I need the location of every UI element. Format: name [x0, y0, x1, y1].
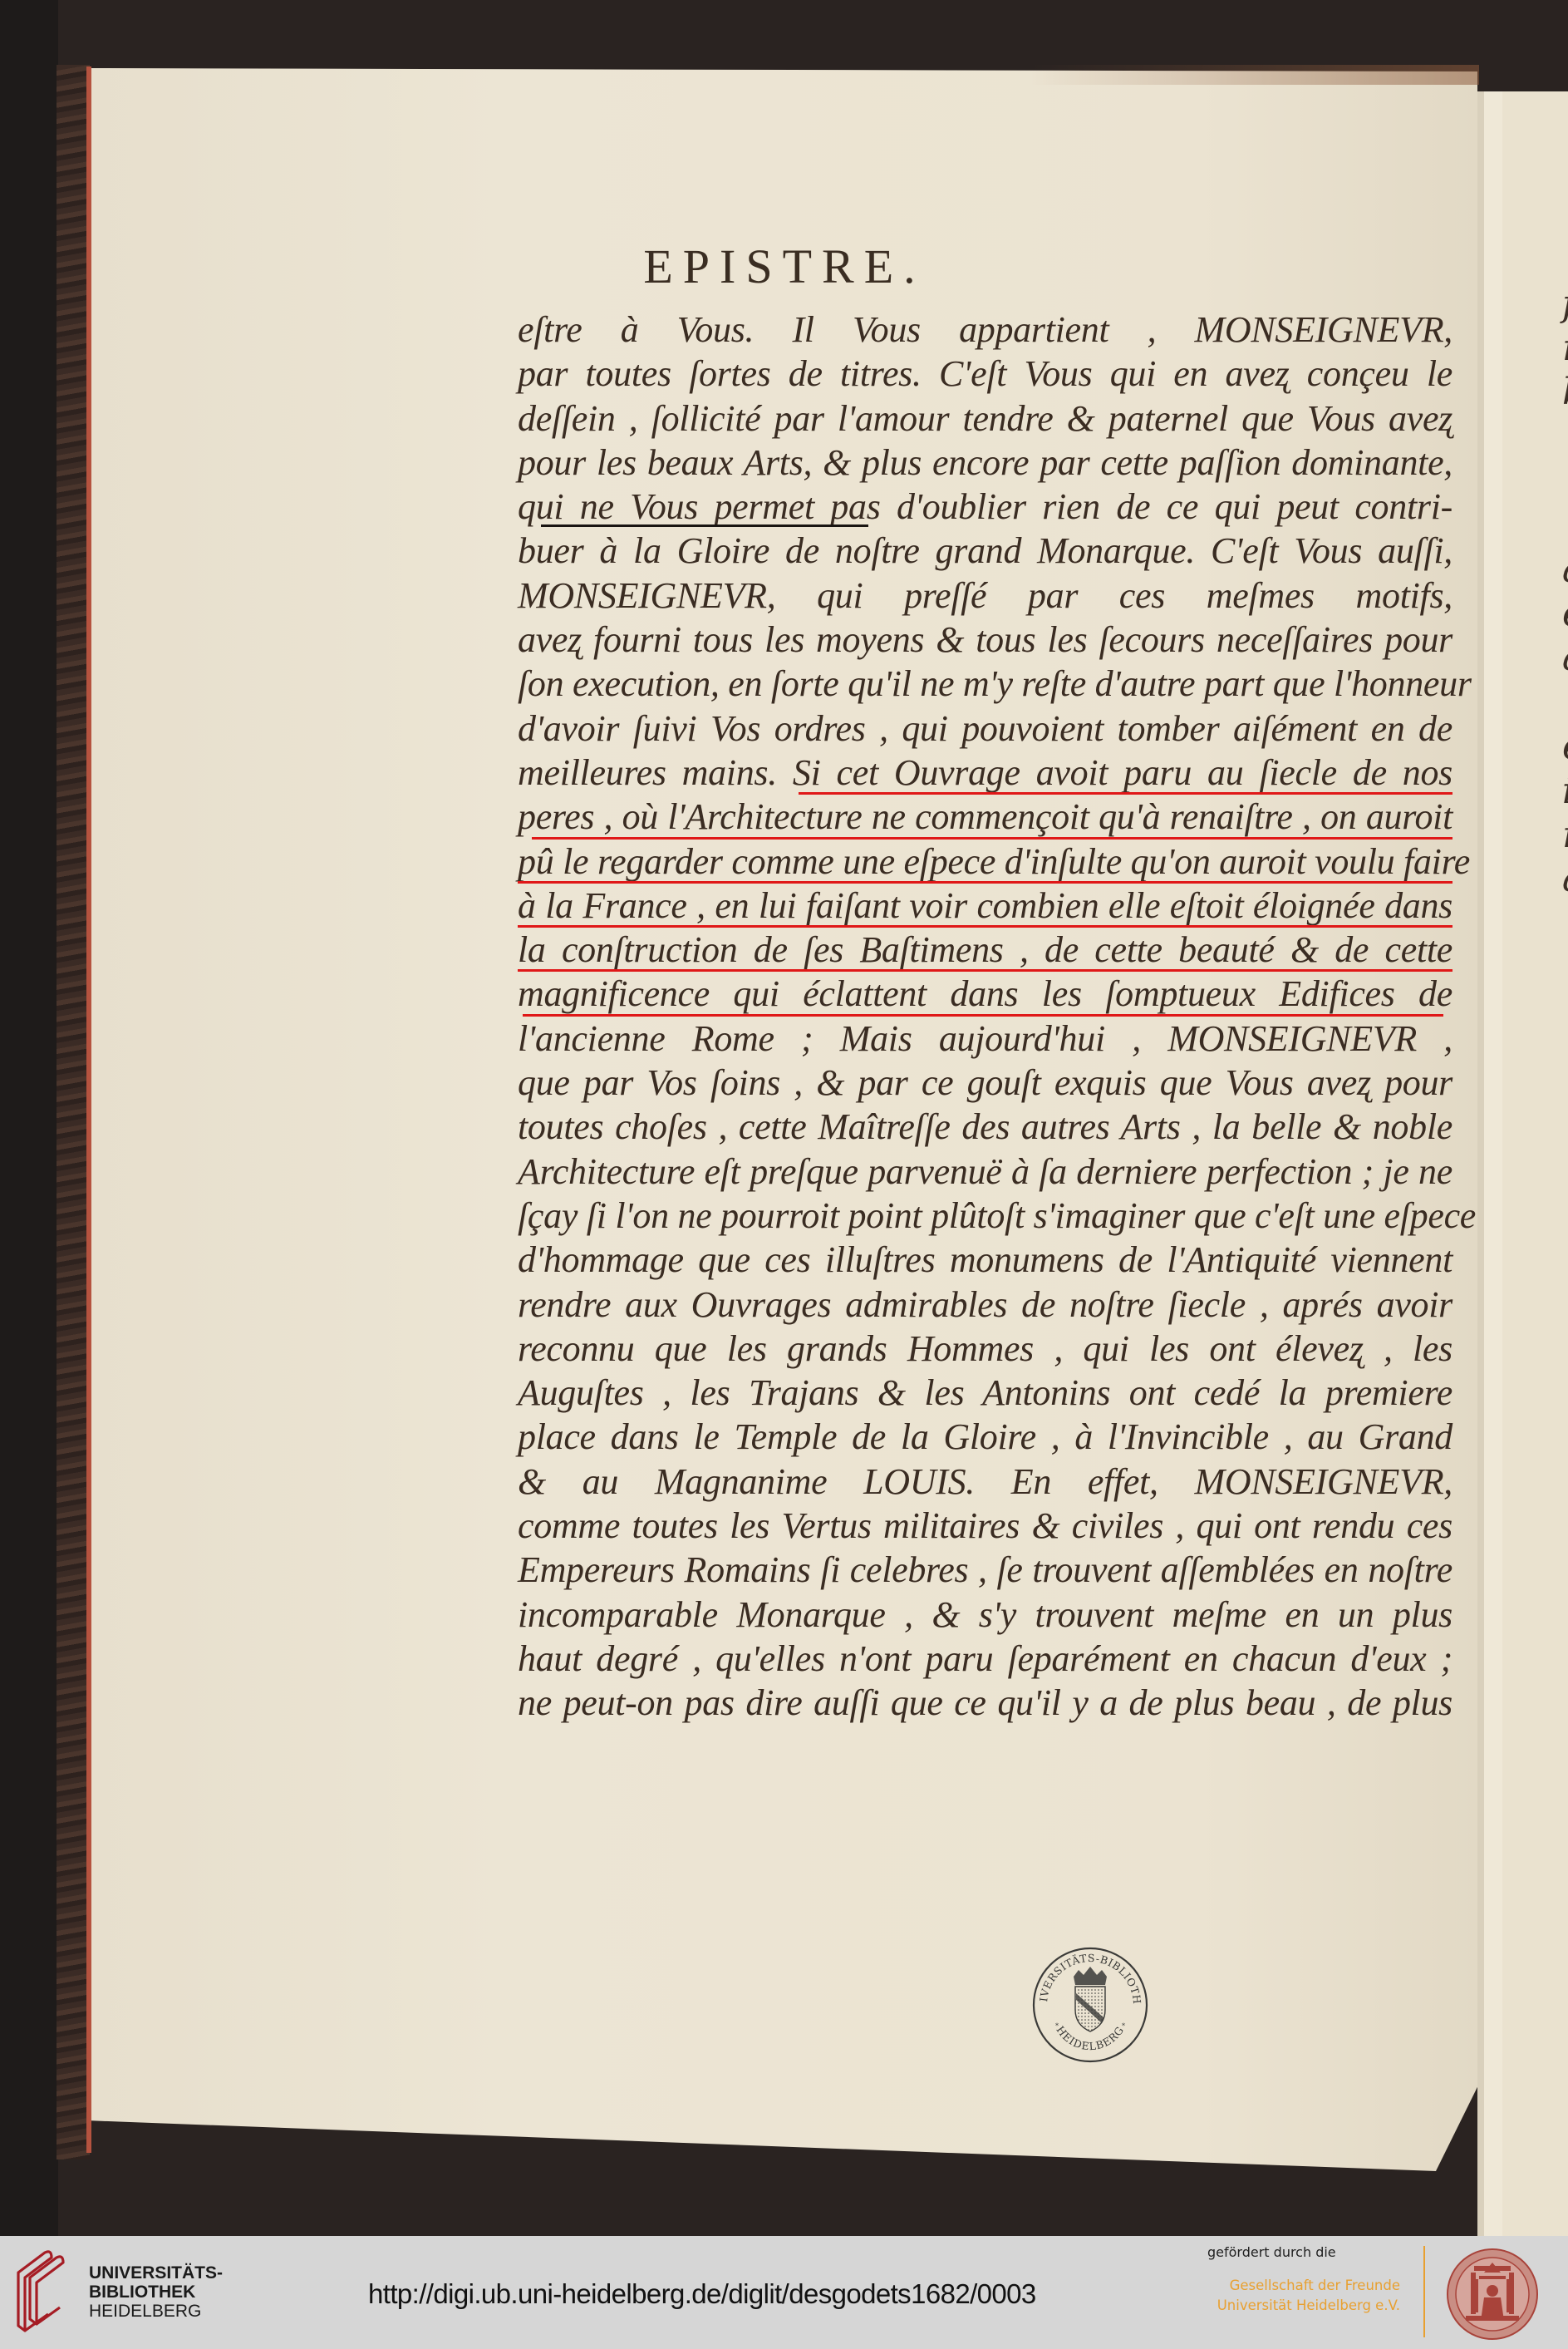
- text-line: & au Magnanime LOUIS. En effet, MONSEIGN…: [518, 1460, 1452, 1504]
- viewer-footer: UNIVERSITÄTS- BIBLIOTHEK HEIDELBERG http…: [0, 2236, 1568, 2349]
- sponsor-name[interactable]: Gesellschaft der Freunde Universität Hei…: [1217, 2276, 1400, 2316]
- text-line-content: ne peut-on pas dire auſſi que ce qu'il y…: [518, 1682, 1452, 1723]
- svg-text:*: *: [1122, 2022, 1125, 2030]
- text-line-content: meilleures mains. Si cet Ouvrage avoit p…: [518, 752, 1452, 793]
- text-line: place dans le Temple de la Gloire , à l'…: [518, 1415, 1452, 1459]
- text-line-content: Architecture eſt preſque parvenuë à ſa d…: [518, 1151, 1452, 1192]
- next-page-glyph: n: [1562, 327, 1568, 369]
- scanned-book-spread: EPISTRE. eſtre à Vous. Il Vous appartien…: [0, 0, 1568, 2236]
- text-underline-mark: [541, 524, 868, 527]
- book-page: EPISTRE. eſtre à Vous. Il Vous appartien…: [91, 68, 1477, 2171]
- text-line-content: eſtre à Vous. Il Vous appartient , MONSE…: [518, 309, 1452, 350]
- text-line-content: Empereurs Romains ſi celebres , ſe trouv…: [518, 1549, 1452, 1590]
- text-line: à la France , en lui faiſant voir combie…: [518, 884, 1452, 928]
- text-line-content: pû le regarder comme une eſpece d'inſult…: [518, 841, 1470, 882]
- text-line-content: l'ancienne Rome ; Mais aujourd'hui , MON…: [518, 1018, 1452, 1059]
- university-seal-icon[interactable]: [1446, 2248, 1539, 2341]
- text-line-content: toutes choſes , cette Maîtreſſe des autr…: [518, 1106, 1452, 1147]
- text-line: ne peut-on pas dire auſſi que ce qu'il y…: [518, 1681, 1452, 1725]
- text-line: toutes choſes , cette Maîtreſſe des autr…: [518, 1105, 1452, 1149]
- text-line-content: pour les beaux Arts, & plus encore par c…: [518, 442, 1452, 483]
- university-library-logo-icon[interactable]: [12, 2248, 78, 2339]
- text-line: deſſein , ſollicité par l'amour tendre &…: [518, 396, 1452, 441]
- text-line: incomparable Monarque , & s'y trouvent m…: [518, 1593, 1452, 1637]
- text-line-content: reconnu que les grands Hommes , qui les …: [518, 1328, 1452, 1369]
- text-line: Empereurs Romains ſi celebres , ſe trouv…: [518, 1548, 1452, 1592]
- text-line-content: ſçay ſi l'on ne pourroit point plûtoſt s…: [518, 1195, 1476, 1236]
- university-library-name[interactable]: UNIVERSITÄTS- BIBLIOTHEK HEIDELBERG: [89, 2263, 223, 2321]
- text-line-content: & au Magnanime LOUIS. En effet, MONSEIGN…: [518, 1461, 1452, 1502]
- text-line-content: que par Vos ſoins , & par ce gouſt exqui…: [518, 1062, 1452, 1103]
- text-line: pour les beaux Arts, & plus encore par c…: [518, 441, 1452, 485]
- text-line: qui ne Vous permet pas d'oublier rien de…: [518, 485, 1452, 529]
- text-line: eſtre à Vous. Il Vous appartient , MONSE…: [518, 308, 1452, 352]
- text-line: haut degré , qu'elles n'ont paru ſeparém…: [518, 1637, 1452, 1681]
- text-line-content: MONSEIGNEVR, qui preſſé par ces meſmes m…: [518, 575, 1452, 616]
- text-line-content: place dans le Temple de la Gloire , à l'…: [518, 1416, 1452, 1457]
- text-line: Auguſtes , les Trajans & les Antonins on…: [518, 1371, 1452, 1415]
- svg-text:*: *: [1055, 2022, 1059, 2030]
- text-line: buer à la Gloire de noſtre grand Monarqu…: [518, 529, 1452, 573]
- text-line-content: peres , où l'Architecture ne commençoit …: [518, 796, 1452, 837]
- text-line: rendre aux Ouvrages admirables de noſtre…: [518, 1283, 1452, 1327]
- next-page-glyph: b: [1562, 371, 1568, 413]
- text-line: comme toutes les Vertus militaires & civ…: [518, 1504, 1452, 1548]
- next-page-glyph: e: [1562, 593, 1568, 635]
- text-line-content: magnificence qui éclattent dans les ſomp…: [518, 973, 1452, 1014]
- text-line-content: d'avoir ſuivi Vos ordres , qui pouvoient…: [518, 708, 1452, 749]
- next-page-glyph: a: [1562, 858, 1568, 900]
- next-page-glyph: e: [1562, 726, 1568, 768]
- text-line: la conſtruction de ſes Baſtimens , de ce…: [518, 928, 1452, 972]
- text-line-content: à la France , en lui faiſant voir combie…: [518, 885, 1452, 926]
- text-line-content: par toutes ſortes de titres. C'eſt Vous …: [518, 353, 1452, 394]
- text-line: ſon execution, en ſorte qu'il ne m'y reſ…: [518, 662, 1452, 706]
- text-line: aveʐ fourni tous les moyens & tous les ſ…: [518, 618, 1452, 662]
- text-line: d'hommage que ces illuſtres monumens de …: [518, 1238, 1452, 1282]
- sponsor-name-line2: Universität Heidelberg e.V.: [1217, 2296, 1400, 2316]
- next-page-sliver: [1477, 91, 1568, 2236]
- next-page-glyph: ſ: [1562, 283, 1568, 325]
- text-line-content: buer à la Gloire de noſtre grand Monarqu…: [518, 530, 1452, 571]
- next-page-text-fragments: ſnbaeaeina: [1562, 0, 1568, 2236]
- library-stamp-icon: UNIVERSITÄTS-BIBLIOTHEK HEIDELBERG * *: [1030, 1945, 1150, 2065]
- text-line: Architecture eſt preſque parvenuë à ſa d…: [518, 1150, 1452, 1194]
- next-page-glyph: a: [1562, 637, 1568, 679]
- sponsor-name-line1: Gesellschaft der Freunde: [1217, 2276, 1400, 2296]
- text-line-content: deſſein , ſollicité par l'amour tendre &…: [518, 398, 1452, 439]
- text-line: ſçay ſi l'on ne pourroit point plûtoſt s…: [518, 1194, 1452, 1238]
- book-cover-left: [0, 0, 58, 2236]
- text-line-content: rendre aux Ouvrages admirables de noſtre…: [518, 1284, 1452, 1325]
- text-line: magnificence qui éclattent dans les ſomp…: [518, 972, 1452, 1016]
- next-page-glyph: n: [1562, 814, 1568, 856]
- text-line: reconnu que les grands Hommes , qui les …: [518, 1327, 1452, 1371]
- page-body-text: eſtre à Vous. Il Vous appartient , MONSE…: [518, 308, 1452, 1726]
- red-page-edge: [86, 66, 91, 2153]
- page-top-stain: [1030, 65, 1479, 85]
- marbled-board: [57, 65, 90, 2159]
- page-heading: EPISTRE.: [91, 239, 1477, 294]
- text-line: meilleures mains. Si cet Ouvrage avoit p…: [518, 751, 1452, 795]
- library-name-line1: UNIVERSITÄTS-: [89, 2263, 223, 2283]
- text-line-content: aveʐ fourni tous les moyens & tous les ſ…: [518, 619, 1452, 660]
- text-line-content: incomparable Monarque , & s'y trouvent m…: [518, 1594, 1452, 1635]
- text-line-content: la conſtruction de ſes Baſtimens , de ce…: [518, 929, 1452, 970]
- text-line: d'avoir ſuivi Vos ordres , qui pouvoient…: [518, 707, 1452, 751]
- text-line-content: qui ne Vous permet pas d'oublier rien de…: [518, 486, 1452, 527]
- library-name-line2: BIBLIOTHEK: [89, 2283, 223, 2302]
- sponsor-label: gefördert durch die: [1207, 2244, 1336, 2260]
- text-line: peres , où l'Architecture ne commençoit …: [518, 795, 1452, 839]
- text-line-content: ſon execution, en ſorte qu'il ne m'y reſ…: [518, 663, 1472, 704]
- text-line: par toutes ſortes de titres. C'eſt Vous …: [518, 352, 1452, 396]
- permalink-url[interactable]: http://digi.ub.uni-heidelberg.de/diglit/…: [368, 2238, 1036, 2349]
- text-line: MONSEIGNEVR, qui preſſé par ces meſmes m…: [518, 574, 1452, 618]
- next-page-glyph: a: [1562, 549, 1568, 591]
- text-line-content: comme toutes les Vertus militaires & civ…: [518, 1505, 1452, 1546]
- library-name-line3: HEIDELBERG: [89, 2302, 223, 2321]
- next-page-glyph: i: [1562, 770, 1568, 812]
- text-line: que par Vos ſoins , & par ce gouſt exqui…: [518, 1061, 1452, 1105]
- text-line: pû le regarder comme une eſpece d'inſult…: [518, 840, 1452, 884]
- sponsor-divider: [1423, 2246, 1425, 2337]
- text-line-content: d'hommage que ces illuſtres monumens de …: [518, 1239, 1452, 1280]
- text-line-content: Auguſtes , les Trajans & les Antonins on…: [518, 1372, 1452, 1413]
- text-line: l'ancienne Rome ; Mais aujourd'hui , MON…: [518, 1017, 1452, 1061]
- text-line-content: haut degré , qu'elles n'ont paru ſeparém…: [518, 1638, 1452, 1679]
